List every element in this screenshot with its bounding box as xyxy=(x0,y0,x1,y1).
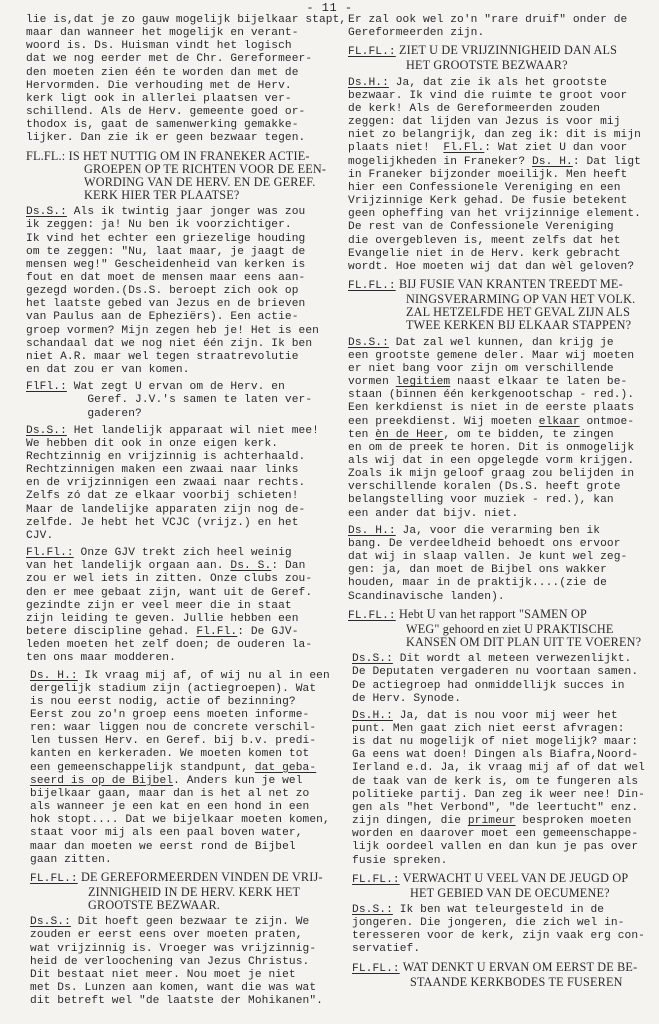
text-line: dat we nog eerder met de Chr. Gereformee… xyxy=(26,53,332,66)
text-line: gen: ja, dan moet de Bijbel ons wakker xyxy=(348,564,654,577)
text-line: lie is,dat je zo gauw mogelijk bijelkaar… xyxy=(26,14,332,27)
text-line: ten ons maar modderen. xyxy=(26,652,332,665)
text-line: Rechtzinnigen maken een zwaai naar links xyxy=(26,464,332,477)
speaker-label: Ds.H.: xyxy=(348,77,389,89)
text-line: HET GEBIED VAN DE OECUMENE? xyxy=(352,887,654,900)
text-line: en dat zou er van komen. xyxy=(26,364,332,377)
text-line: GROEPEN OP TE RICHTEN VOOR DE EEN- xyxy=(26,163,332,176)
text-line: De actiegroep had onmiddellijk succes in xyxy=(352,680,654,693)
text-line: die overgebleven is, meent zelfs dat het xyxy=(348,235,654,248)
text-line: kerk ligt ook in allerlei plaatsen ver- xyxy=(26,93,332,106)
text-line: FL.FL.: BIJ FUSIE VAN KRANTEN TREEDT ME- xyxy=(348,278,654,293)
text-line: punt. Men gaat zich niet eerst afvragen: xyxy=(352,723,654,736)
text-line: TWEE KERKEN BIJ ELKAAR STAPPEN? xyxy=(348,319,654,332)
right-column: Er zal ook wel zo'n "rare druif" onder d… xyxy=(348,14,654,993)
text-line: thodox is, gaat de samenwerking gemakke- xyxy=(26,119,332,132)
underlined-emphasis: elkaar xyxy=(539,416,580,428)
text-line: staan (binnen één kerkgenootschap - red.… xyxy=(348,389,654,402)
speaker-label: Ds.S.: xyxy=(352,904,393,916)
text-line: betere discipline gehad. Fl.Fl.: De GJV- xyxy=(26,626,332,639)
text-line: dergelijk stadium zijn (actiegroepen). W… xyxy=(30,683,332,696)
text-line: FL.FL.: VERWACHT U VEEL VAN DE JEUGD OP xyxy=(352,872,654,887)
text-line: en om de preek te horen. Dit is onmogeli… xyxy=(348,442,654,455)
text-line: vormen legitiem naast elkaar te laten be… xyxy=(348,376,654,389)
text-line: Ds. H.: Ja, voor die verarming ben ik xyxy=(348,525,654,538)
text-line: ik zeggen: ja! Nu ben ik voorzichtiger. xyxy=(26,219,332,232)
text-line: belangstelling voor muziek - red.), kan xyxy=(348,494,654,507)
text-line: FL.FL.: WAT DENKT U ERVAN OM EERST DE BE… xyxy=(352,961,654,976)
underlined-emphasis: èn de Heer xyxy=(375,429,443,441)
text-paragraph: lie is,dat je zo gauw mogelijk bijelkaar… xyxy=(26,14,332,146)
speaker-paragraph: Ds. H.: Ja, voor die verarming ben ikban… xyxy=(348,525,654,604)
text-line: bijelkaar gaan, maar dan is het al net z… xyxy=(30,788,332,801)
speaker-label: Ds. H.: xyxy=(348,525,396,537)
text-line: wordt. Hoe moeten wij dat dan wèl gelove… xyxy=(348,261,654,274)
speaker-label: Ds.H.: xyxy=(352,710,393,722)
text-line: woord is. Ds. Huisman vindt het logisch xyxy=(26,40,332,53)
underlined-emphasis: Fl.Fl. xyxy=(196,626,237,638)
text-line: fout en dat moet de mensen maar eens aan… xyxy=(26,272,332,285)
speaker-paragraph: Ds.S.: Dit hoeft geen bezwaar te zijn. W… xyxy=(26,916,332,1008)
text-line: CJV. xyxy=(26,530,332,543)
text-line: leden moeten het zelf doen; de ouderen l… xyxy=(26,639,332,652)
text-line: Ds.S.: Dit wordt al meteen verwezenlijkt… xyxy=(352,653,654,666)
speaker-paragraph: FlFl.: Wat zegt U ervan om de Herv. en G… xyxy=(26,381,332,420)
text-line: Geref. J.V.'s samen te laten ver- xyxy=(26,394,332,407)
text-line: gen als "het Verbond", "de leertucht" en… xyxy=(352,802,654,815)
text-line: len tussen Herv. en Geref. bij b.v. pred… xyxy=(30,735,332,748)
text-line: FL.FL.: ZIET U DE VRIJZINNIGHEID DAN ALS xyxy=(348,44,654,59)
text-line: Ds.S.: Het landelijk apparaat wil niet m… xyxy=(26,425,332,438)
text-line: gaan zitten. xyxy=(30,854,332,867)
text-paragraph: Er zal ook wel zo'n "rare druif" onder d… xyxy=(348,14,654,40)
text-line: gaderen? xyxy=(26,408,332,421)
text-line: bezwaar. Ik vind die ruimte te groot voo… xyxy=(348,90,654,103)
text-line: Gereformeerden zijn. xyxy=(348,27,654,40)
text-line: ren: waar liggen nou de concrete verschi… xyxy=(30,722,332,735)
speaker-label: Fl.Fl.: xyxy=(26,547,74,559)
speaker-paragraph: Ds.S.: Dit wordt al meteen verwezenlijkt… xyxy=(348,653,654,706)
text-line: Een kerkdienst is niet in de eerste plaa… xyxy=(348,402,654,415)
text-line: Ik vind het echter een griezelige houdin… xyxy=(26,233,332,246)
text-line: van het landelijk orgaan aan. Ds. S.: Da… xyxy=(26,560,332,573)
text-line: Ds.H.: Ja, dat is nou voor mij weer het xyxy=(352,710,654,723)
text-line: HET GROOTSTE BEZWAAR? xyxy=(348,59,654,72)
text-line: plaats niet! Fl.Fl.: Wat ziet U dan voor xyxy=(348,142,654,155)
text-line: mogelijkheden in Franeker? Ds. H.: Dat l… xyxy=(348,156,654,169)
speaker-paragraph: Ds.S.: Als ik twintig jaar jonger was zo… xyxy=(26,206,332,377)
left-column: lie is,dat je zo gauw mogelijk bijelkaar… xyxy=(26,14,332,1012)
text-line: Ds.S.: Dat zal wel kunnen, dan krijg je xyxy=(348,337,654,350)
interviewer-question: FL.FL.: WAT DENKT U ERVAN OM EERST DE BE… xyxy=(348,961,654,989)
speaker-paragraph: Ds. H.: Ik vraag mij af, of wij nu al in… xyxy=(26,670,332,867)
text-line: maar dan moeten we eerst rond de Bijbel xyxy=(30,841,332,854)
speaker-label: FL.FL.: xyxy=(352,963,400,975)
text-line: schandaal dat we nog niet één zijn. Ik b… xyxy=(26,338,332,351)
underlined-emphasis: dat geba- xyxy=(255,762,316,774)
interviewer-question: FL.FL.: IS HET NUTTIG OM IN FRANEKER ACT… xyxy=(26,150,332,203)
text-line: staat voor mij als een paal boven water, xyxy=(30,827,332,840)
speaker-paragraph: Ds.H.: Ja, dat is nou voor mij weer hetp… xyxy=(348,710,654,868)
underlined-emphasis: Ds. S. xyxy=(230,560,271,572)
text-line: De Deputaten vergaderen nu voortaan same… xyxy=(352,666,654,679)
interviewer-question: FL.FL.: Hebt U van het rapport "SAMEN OP… xyxy=(348,608,654,649)
text-line: Ierland e.d. Ja, ik vraag mij af of dat … xyxy=(352,762,654,775)
text-line: dat wij in slaap vallen. Je kunt wel zeg… xyxy=(348,551,654,564)
text-line: hok stopt.... Dat we bijelkaar moeten ko… xyxy=(30,814,332,827)
text-line: zijn dingen, die primeur besproken moete… xyxy=(352,815,654,828)
text-line: een gemeenschappelijk standpunt, dat geb… xyxy=(30,762,332,775)
text-line: een grootste gemene deler. Maar wij moet… xyxy=(348,350,654,363)
text-line: Ds.H.: Ja, dat zie ik als het grootste xyxy=(348,77,654,90)
text-line: gezindte zijn er veel meer die in staat xyxy=(26,600,332,613)
speaker-label: Ds.S.: xyxy=(30,916,71,928)
speaker-label: Ds.S.: xyxy=(352,653,393,665)
text-line: maar dan wanneer het mogelijk en verant- xyxy=(26,27,332,40)
text-line: zelfde. Je hebt het VCJC (vrijz.) en het xyxy=(26,517,332,530)
text-line: KANSEN OM DIT PLAN UIT TE VOEREN? xyxy=(348,636,654,649)
text-line: STAANDE KERKBODES TE FUSEREN xyxy=(352,976,654,989)
text-line: van Paulus aan de Epheziërs). Een actie- xyxy=(26,311,332,324)
text-line: FL.FL.: Hebt U van het rapport "SAMEN OP xyxy=(348,608,654,623)
text-line: gezegd worden.(Ds.S. beroept zich ook op xyxy=(26,285,332,298)
text-line: servatief. xyxy=(352,943,654,956)
speaker-label: FlFl.: xyxy=(26,381,67,393)
interviewer-question: FL.FL.: ZIET U DE VRIJZINNIGHEID DAN ALS… xyxy=(348,44,654,72)
text-line: niet A.R. maar wel tegen straatrevolutie xyxy=(26,351,332,364)
speaker-label: Ds. H.: xyxy=(30,670,78,682)
text-line: zouden er eerst eens over moeten praten, xyxy=(30,929,332,942)
speaker-paragraph: Fl.Fl.: Onze GJV trekt zich heel weinigv… xyxy=(26,547,332,665)
text-line: Ds.S.: Dit hoeft geen bezwaar te zijn. W… xyxy=(30,916,332,929)
text-line: Hervormden. Die verhouding met de Herv. xyxy=(26,80,332,93)
speaker-label: FL.FL.: xyxy=(352,874,400,886)
speaker-label: FL.FL.: xyxy=(348,46,396,58)
text-line: Er zal ook wel zo'n "rare druif" onder d… xyxy=(348,14,654,27)
text-line: lijk oordeel vallen en dan kun je pas ov… xyxy=(352,841,654,854)
speaker-label: Ds.S.: xyxy=(348,337,389,349)
text-line: Zoals ik mijn geloof graag zou belijden … xyxy=(348,468,654,481)
speaker-label: FL.FL.: xyxy=(348,610,396,622)
text-line: de Herv. Synode. xyxy=(352,693,654,706)
text-line: den er mee gebaat zijn, want uit de Gere… xyxy=(26,587,332,600)
interviewer-question: FL.FL.: BIJ FUSIE VAN KRANTEN TREEDT ME-… xyxy=(348,278,654,333)
text-line: Vrijzinnige Kerk gehad. De fusie beteken… xyxy=(348,195,654,208)
text-line: heid de verloochening van Jezus Christus… xyxy=(30,956,332,969)
speaker-paragraph: Ds.S.: Het landelijk apparaat wil niet m… xyxy=(26,425,332,543)
text-line: Ds.S.: Als ik twintig jaar jonger was zo… xyxy=(26,206,332,219)
underlined-emphasis: legitiem xyxy=(396,376,451,388)
text-line: om te zeggen: "Nu, laat maar, je jaagt d… xyxy=(26,246,332,259)
text-line: Scandinavische landen). xyxy=(348,591,654,604)
text-line: Eerst zou zo'n groep eens moeten informe… xyxy=(30,709,332,722)
text-line: Fl.Fl.: Onze GJV trekt zich heel weinig xyxy=(26,547,332,560)
speaker-label: Ds.S.: xyxy=(26,206,67,218)
underlined-emphasis: Fl.Fl. xyxy=(443,142,484,154)
text-line: KERK HIER TER PLAATSE? xyxy=(26,189,332,202)
text-line: als wanneer je een kat en een hond in ee… xyxy=(30,801,332,814)
text-line: met Ds. Lunzen aan komen, want die was w… xyxy=(30,982,332,995)
text-line: ten èn de Heer, om te bidden, te zingen xyxy=(348,429,654,442)
text-line: mensen weg!" Gescheidenheid van kerken i… xyxy=(26,259,332,272)
text-line: als wij dat in een opgelegde vorm krijge… xyxy=(348,455,654,468)
text-line: hier een Confessionele Vereniging en een xyxy=(348,182,654,195)
underlined-emphasis: Ds. H. xyxy=(532,156,573,168)
speaker-label: FL.FL.: xyxy=(348,280,396,292)
text-line: Maar de landelijke apparaten zijn nog de… xyxy=(26,504,332,517)
text-line: een preekdienst. Wij moeten elkaar ontmo… xyxy=(348,416,654,429)
text-line: Evangelie niet in de Herv. kerk gebracht xyxy=(348,248,654,261)
text-line: FL.FL.: DE GEREFORMEERDEN VINDEN DE VRIJ… xyxy=(30,871,332,886)
text-line: Zelfs zó dat ze elkaar voorbij schieten! xyxy=(26,490,332,503)
text-line: is nou eerst nodig, actie of bezinning? xyxy=(30,696,332,709)
speaker-paragraph: Ds.S.: Ik ben wat teleurgesteld in dejon… xyxy=(348,904,654,957)
text-line: wat vrijzinnig is. Vroeger was vrijzinni… xyxy=(30,943,332,956)
text-line: zeggen: dat lijden van Jezus is voor mij xyxy=(348,116,654,129)
speaker-label: Ds.S.: xyxy=(26,425,67,437)
text-line: groep vormen? Mijn zegen heb je! Het is … xyxy=(26,325,332,338)
text-line: geen opheffing van het vrijzinnige eleme… xyxy=(348,208,654,221)
text-line: Dit bestaat niet meer. Nou moet je niet xyxy=(30,969,332,982)
text-line: kanten en kerkeraden. We moeten komen to… xyxy=(30,748,332,761)
text-line: het laatste gebed van Jezus en de brieve… xyxy=(26,298,332,311)
interviewer-question: FL.FL.: VERWACHT U VEEL VAN DE JEUGD OPH… xyxy=(348,872,654,900)
text-line: FL.FL.: IS HET NUTTIG OM IN FRANEKER ACT… xyxy=(26,150,332,163)
text-line: jongeren. Die jongeren, die zich wel in- xyxy=(352,917,654,930)
text-line: de taak van de kerk is, om te fungeren a… xyxy=(352,776,654,789)
text-line: schillend. Als de Herv. gemeente goed or… xyxy=(26,106,332,119)
text-line: GROOTSTE BEZWAAR. xyxy=(30,899,332,912)
text-line: zijn leiding te geven. Jullie hebben een xyxy=(26,613,332,626)
text-line: de kerk! Als de Gereformeerden zouden xyxy=(348,103,654,116)
text-line: dit betreft wel "de laatste der Mohikane… xyxy=(30,995,332,1008)
speaker-label: FL.FL.: xyxy=(30,873,78,885)
text-line: politieke partij. Dan zeg ik weer nee! D… xyxy=(352,789,654,802)
text-line: verschillende koralen (Ds.S. heeft grote xyxy=(348,481,654,494)
speaker-paragraph: Ds.S.: Dat zal wel kunnen, dan krijg jee… xyxy=(348,337,654,521)
text-line: is dat nu mogelijk of niet mogelijk? maa… xyxy=(352,736,654,749)
interviewer-question: FL.FL.: DE GEREFORMEERDEN VINDEN DE VRIJ… xyxy=(26,871,332,912)
text-line: teresseren voor de kerk, zijn vaak erg c… xyxy=(352,930,654,943)
text-line: den moeten zien één te worden dan met de xyxy=(26,67,332,80)
text-line: lijker. Dan zie ik er geen bezwaar tegen… xyxy=(26,132,332,145)
underlined-emphasis: seerd is op de Bijbel xyxy=(30,775,173,787)
page-number: - 11 - xyxy=(0,1,659,15)
text-line: De rest van de Confessionele Vereniging xyxy=(348,221,654,234)
text-line: er niet bang voor zijn om verschillende xyxy=(348,363,654,376)
speaker-label: FL.FL.: xyxy=(26,149,65,163)
text-line: We hebben dit ook in onze eigen kerk. xyxy=(26,438,332,451)
text-line: een ander dat bijv. niet. xyxy=(348,508,654,521)
text-line: niet zo belangrijk, dan zeg ik: dit is m… xyxy=(348,129,654,142)
text-line: Ga eens wat doen! Dingen als Biafra,Noor… xyxy=(352,749,654,762)
text-line: seerd is op de Bijbel. Anders kun je wel xyxy=(30,775,332,788)
text-line: houden, maar in de praktijk....(zie de xyxy=(348,577,654,590)
underlined-emphasis: primeur xyxy=(468,815,516,827)
text-line: FlFl.: Wat zegt U ervan om de Herv. en xyxy=(26,381,332,394)
text-line: Ds.S.: Ik ben wat teleurgesteld in de xyxy=(352,904,654,917)
speaker-paragraph: Ds.H.: Ja, dat zie ik als het grootstebe… xyxy=(348,77,654,274)
text-line: en de vrijzinnigen een zwaai naar rechts… xyxy=(26,477,332,490)
text-line: worden en daarover moet een gemeenschapp… xyxy=(352,828,654,841)
text-line: zou er wel iets in zitten. Onze clubs zo… xyxy=(26,573,332,586)
text-line: Ds. H.: Ik vraag mij af, of wij nu al in… xyxy=(30,670,332,683)
text-line: bang. De verdeeldheid behoedt ons ervoor xyxy=(348,538,654,551)
text-line: in Franeker bijzonder moeilijk. Men heef… xyxy=(348,169,654,182)
text-line: Rechtzinnig en vrijzinnig is achterhaald… xyxy=(26,451,332,464)
text-line: fusie spreken. xyxy=(352,855,654,868)
